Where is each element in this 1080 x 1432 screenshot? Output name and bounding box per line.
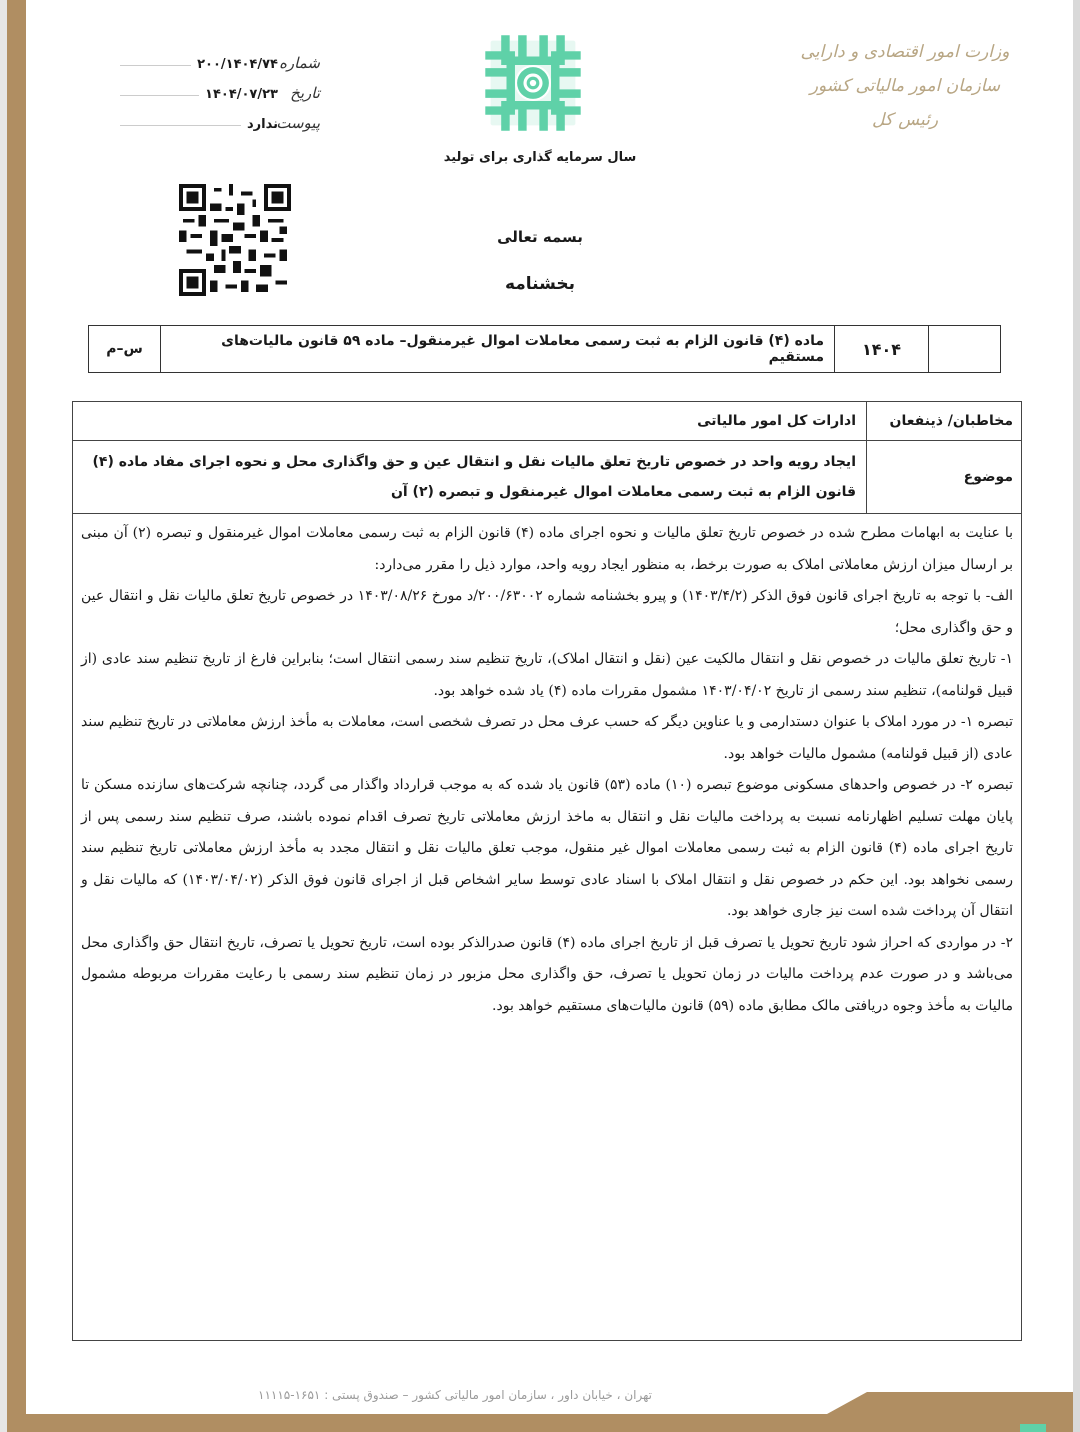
classification-empty-cell: [928, 326, 1000, 372]
letterhead-accent: [1020, 1424, 1046, 1432]
letterhead-left-border: [7, 0, 26, 1432]
classification-title: ماده (۴) قانون الزام به ثبت رسمی معاملات…: [160, 326, 834, 372]
ministry-letterhead: وزارت امور اقتصادی و دارایی سازمان امور …: [800, 35, 1010, 137]
section-alef-paragraph: الف- با توجه به تاریخ اجرای قانون فوق ال…: [81, 581, 1013, 644]
meta-underline: [120, 95, 199, 96]
organization-name: سازمان امور مالیاتی کشور: [800, 69, 1010, 103]
bismillah-heading: بسمه تعالی: [440, 228, 640, 246]
note-2-paragraph: تبصره ۲- در خصوص واحدهای مسکونی موضوع تب…: [81, 770, 1013, 928]
circular-body: با عنایت به ابهامات مطرح شده در خصوص تار…: [73, 514, 1021, 1022]
page-right-margin: [1073, 0, 1080, 1432]
office-title: رئیس کل: [800, 103, 1010, 137]
meta-date-row: تاریخ ۱۴۰۴/۰۷/۲۳: [120, 72, 320, 102]
classification-year: ۱۴۰۴: [834, 326, 928, 372]
number-label: شماره: [284, 54, 320, 72]
audience-value: ادارات کل امور مالیاتی: [73, 402, 866, 440]
qr-code-icon: [172, 184, 298, 296]
meta-underline: [120, 125, 241, 126]
attachment-label: پیوست: [284, 114, 320, 132]
classification-code: س–م: [89, 326, 160, 372]
classification-table: ۱۴۰۴ ماده (۴) قانون الزام به ثبت رسمی مع…: [88, 325, 1001, 373]
meta-underline: [120, 65, 191, 66]
note-1-paragraph: تبصره ۱- در مورد املاک با عنوان دستدارمی…: [81, 707, 1013, 770]
date-value: ۱۴۰۴/۰۷/۲۳: [199, 87, 284, 102]
audience-row: مخاطبان/ ذینفعان ادارات کل امور مالیاتی: [73, 402, 1021, 441]
tax-organization-logo-icon: [480, 30, 586, 136]
page-left-margin: [0, 0, 7, 1432]
letter-meta: شماره ۲۰۰/۱۴۰۴/۷۴ تاریخ ۱۴۰۴/۰۷/۲۳ پیوست…: [120, 42, 320, 132]
item-2-paragraph: ۲- در مواردی که احراز شود تاریخ تحویل یا…: [81, 928, 1013, 1023]
meta-attachment-row: پیوست ندارد: [120, 102, 320, 132]
date-label: تاریخ: [284, 84, 320, 102]
intro-paragraph: با عنایت به ابهامات مطرح شده در خصوص تار…: [81, 518, 1013, 581]
subject-label: موضوع: [866, 441, 1021, 513]
circular-body-table: مخاطبان/ ذینفعان ادارات کل امور مالیاتی …: [72, 401, 1022, 1341]
subject-value: ایجاد رویه واحد در خصوص تاریخ تعلق مالیا…: [73, 441, 866, 513]
year-slogan: سال سرمایه گذاری برای تولید: [440, 150, 640, 165]
footer-address: تهران ، خیابان داور ، سازمان امور مالیات…: [160, 1388, 750, 1402]
document-type-title: بخشنامه: [440, 274, 640, 294]
number-value: ۲۰۰/۱۴۰۴/۷۴: [191, 57, 284, 72]
ministry-name: وزارت امور اقتصادی و دارایی: [800, 35, 1010, 69]
attachment-value: ندارد: [241, 117, 284, 132]
item-1-paragraph: ۱- تاریخ تعلق مالیات در خصوص نقل و انتقا…: [81, 644, 1013, 707]
audience-label: مخاطبان/ ذینفعان: [866, 402, 1021, 440]
subject-row: موضوع ایجاد رویه واحد در خصوص تاریخ تعلق…: [73, 441, 1021, 514]
meta-number-row: شماره ۲۰۰/۱۴۰۴/۷۴: [120, 42, 320, 72]
